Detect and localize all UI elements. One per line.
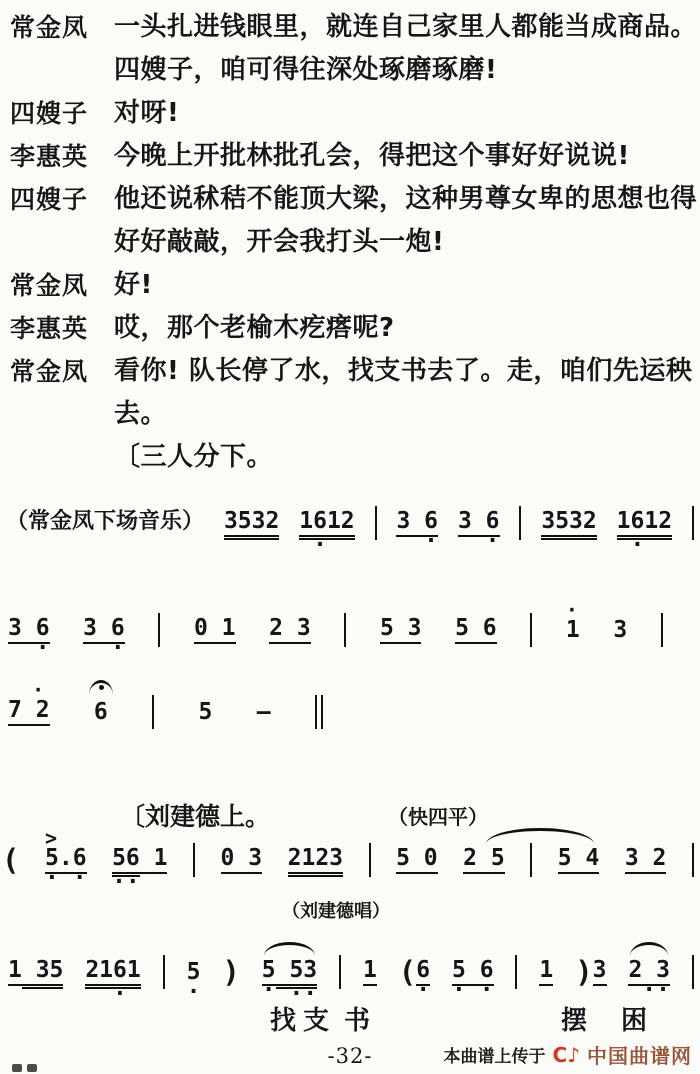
dialogue-text: 〔三人分下。: [114, 436, 694, 479]
marks-above: ·: [566, 605, 580, 616]
barline: [158, 613, 160, 647]
note-group: 3 6 ·: [83, 615, 125, 644]
notes: 3 6 ·: [83, 615, 125, 644]
dialogue-line: 看你! 队长停了水，找支书去了。走，咱们先运秧: [114, 350, 694, 393]
notes: 5 6· ·: [452, 957, 494, 986]
barline: [344, 613, 346, 647]
note-group: 3532: [541, 508, 596, 537]
dialogue-line: 一头扎进钱眼里，就连自己家里人都能当成商品。: [114, 6, 697, 49]
octave-dots-below: ··: [628, 985, 670, 995]
notes: 2 5: [463, 845, 505, 874]
note-digits: 35: [22, 957, 64, 984]
barline: [530, 613, 532, 647]
octave-dots-below: ·: [85, 989, 140, 999]
note-group: 2161 ·: [85, 957, 140, 986]
slur-arc: [264, 942, 315, 956]
dialogue-text: 看你! 队长停了水，找支书去了。走，咱们先运秧去。: [114, 350, 694, 436]
dialogue-row: 常金凤一头扎进钱眼里，就连自己家里人都能当成商品。四嫂子，咱可得往深处琢磨琢磨!: [10, 6, 694, 92]
barline: [152, 695, 154, 729]
note-digits: 3: [613, 617, 627, 644]
note-digits: 3 2: [625, 845, 667, 872]
note-group: 5: [199, 699, 213, 726]
dialogue-line: 〔三人分下。: [114, 436, 694, 479]
notes: 3 6 ·: [396, 508, 438, 537]
dialogue-line: 他还说秫秸不能顶大梁，这种男尊女卑的思想也得: [114, 178, 697, 221]
speaker-name: 四嫂子: [10, 92, 114, 135]
barline: [530, 843, 532, 877]
note-digits: (: [2, 847, 19, 874]
note-digits: (: [399, 959, 416, 986]
stage-direction-row: 〔三人分下。: [10, 436, 694, 479]
note-group: —: [257, 699, 271, 726]
notes: 3 6 ·: [8, 615, 50, 644]
notes: 1: [539, 957, 553, 986]
notes: 1: [8, 957, 22, 986]
note-group: 3 2: [625, 845, 667, 874]
notes: 2161 ·: [85, 957, 140, 986]
dialogue-text: 哎，那个老榆木疙瘩呢?: [114, 307, 694, 350]
music-line-1: （常金凤下场音乐）35321612 · 3 6 ·3 6 ·35321612 ·: [6, 503, 694, 537]
dialogue-row: 常金凤看你! 队长停了水，找支书去了。走，咱们先运秧去。: [10, 350, 694, 436]
music-line-3: 7 2 ·65—: [8, 692, 323, 726]
music-label: （常金凤下场音乐）: [6, 507, 204, 537]
dialogue-text: 他还说秫秸不能顶大梁，这种男尊女卑的思想也得好好敲敲，开会我打头一炮!: [114, 178, 697, 264]
notes: 0 1: [194, 615, 236, 644]
note-digits: 3532: [541, 508, 596, 535]
speaker-name: 常金凤: [10, 264, 114, 307]
note-digits: 2161: [85, 957, 140, 984]
dialogue-row: 李惠英哎，那个老榆木疙瘩呢?: [10, 307, 694, 350]
notes: 1·: [566, 617, 580, 644]
notes: 1: [140, 845, 168, 874]
speaker-name: 常金凤: [10, 350, 114, 393]
marks-above: ·: [8, 685, 50, 696]
octave-dots-below: ··: [112, 877, 140, 887]
note-digits: 5 4: [558, 845, 600, 872]
note-digits: 1: [140, 845, 168, 872]
note-digits: —: [257, 699, 271, 726]
note-group: 2 3 ··: [628, 957, 670, 986]
barline: [519, 506, 521, 540]
qupu-logo-icon: C♪: [553, 1045, 580, 1065]
note-group: 56·· 1: [112, 845, 167, 874]
dialogue-text: 对呀!: [114, 92, 694, 135]
barline: [369, 843, 371, 877]
stage-direction-enter-liu: 〔刘建德上。: [120, 797, 270, 833]
barline: [692, 843, 694, 877]
notes: 53 ··: [276, 957, 318, 986]
octave-dots-below: ·: [416, 985, 430, 995]
octave-dots-below: ·: [262, 985, 276, 995]
notes: 1: [363, 957, 377, 986]
note-digits: 3532: [224, 508, 279, 535]
barline: [692, 955, 694, 989]
note-group: 0 3: [221, 845, 263, 874]
notes: 6·: [416, 957, 430, 986]
note-group: 5.6· ·>: [45, 845, 87, 874]
notes: 5·: [262, 957, 276, 986]
octave-dots-below: ·: [299, 540, 354, 550]
note-group: ): [222, 959, 239, 986]
dialogue-row: 常金凤好!: [10, 264, 694, 307]
parenthesis: ): [575, 959, 592, 986]
notes: 56··: [112, 845, 140, 874]
bar-stroke: [321, 695, 323, 729]
notes: 5 6: [455, 615, 497, 644]
dialogue-section: 常金凤一头扎进钱眼里，就连自己家里人都能当成商品。四嫂子，咱可得往深处琢磨琢磨!…: [10, 6, 694, 479]
note-digits: 53: [276, 957, 318, 984]
notes: 3 2: [625, 845, 667, 874]
dialogue-row: 李惠英今晚上开批林批孔会，得把这个事好好说说!: [10, 135, 694, 178]
dialogue-line: 今晚上开批林批孔会，得把这个事好好说说!: [114, 135, 694, 178]
dialogue-row: 四嫂子对呀!: [10, 92, 694, 135]
speaker-name: 四嫂子: [10, 178, 114, 221]
parenthesis: ): [222, 959, 239, 986]
note-digits: 2 3: [269, 615, 311, 642]
note-group: 7 2 ·: [8, 697, 50, 726]
dialogue-line: 四嫂子，咱可得往深处琢磨琢磨!: [114, 49, 697, 92]
dialogue-line: 好!: [114, 264, 694, 307]
parenthesis: (: [399, 959, 416, 986]
note-digits: 2 5: [463, 845, 505, 872]
octave-dots-below: ·: [187, 987, 201, 997]
notes: 7 2 ·: [8, 697, 50, 726]
note-group: 0 1: [194, 615, 236, 644]
lyric-word: 困: [621, 1000, 654, 1037]
notes: 2123: [288, 845, 343, 874]
notes: 3: [593, 957, 607, 986]
octave-dots-below: · ·: [45, 873, 87, 883]
notes: 0 3: [221, 845, 263, 874]
note-group: 1612 ·: [299, 508, 354, 537]
notes: 3532: [541, 508, 596, 537]
music-line-4: (5.6· ·> 56·· 10 321235 02 55 43 2: [2, 840, 694, 874]
sheet-music-page: 常金凤一头扎进钱眼里，就连自己家里人都能当成商品。四嫂子，咱可得往深处琢磨琢磨!…: [0, 0, 700, 1074]
note-digits: 56: [112, 845, 140, 872]
notes: —: [257, 699, 271, 726]
notes: 2 3 ··: [628, 957, 670, 986]
barline: [375, 506, 377, 540]
bar-stroke: [315, 695, 317, 729]
dialogue-line: 好好敲敲，开会我打头一炮!: [114, 221, 697, 264]
barline: [661, 613, 663, 647]
tie-arc: [486, 828, 594, 844]
note-group: (: [2, 847, 19, 874]
notes: 2 3: [269, 615, 311, 644]
note-digits: 0 1: [194, 615, 236, 642]
barline: [692, 506, 694, 540]
note-group: 3 6 ·: [8, 615, 50, 644]
dialogue-line: 对呀!: [114, 92, 694, 135]
note-digits: 1612: [617, 508, 672, 535]
tune-name-label: （快四平）: [388, 801, 488, 830]
speaker-name: 常金凤: [10, 6, 114, 49]
octave-dots-below: ·: [617, 540, 672, 550]
note-digits: 1: [8, 957, 22, 984]
dialogue-line: 去。: [114, 393, 694, 436]
notes: 5 0: [396, 845, 438, 874]
note-group: 1·: [566, 617, 580, 644]
note-group: 1: [363, 957, 377, 986]
note-group: 1: [539, 957, 553, 986]
note-group: 2 5: [463, 845, 505, 874]
note-digits: 0 3: [221, 845, 263, 872]
scan-artifact: [12, 1064, 37, 1072]
dialogue-text: 今晚上开批林批孔会，得把这个事好好说说!: [114, 135, 694, 178]
notes: 3532: [224, 508, 279, 537]
note-digits: 5 3: [380, 615, 422, 642]
music-line-2: 3 6 ·3 6 ·0 12 35 35 61·3: [8, 610, 663, 644]
notes: 1612 ·: [617, 508, 672, 537]
marks-above: >: [45, 833, 87, 844]
note-group: 1612 ·: [617, 508, 672, 537]
note-digits: ): [222, 959, 239, 986]
octave-dots-below: ·: [396, 536, 438, 546]
music-line-5: 1 352161 · 5·)5· 53 ··1(6·5 6· ·1)32 3 ·…: [8, 952, 694, 986]
speaker-name: 李惠英: [10, 307, 114, 350]
barline: [163, 955, 165, 989]
note-group: 5 4: [558, 845, 600, 874]
barline: [193, 843, 195, 877]
note-group: 3532: [224, 508, 279, 537]
speaker-name: 李惠英: [10, 135, 114, 178]
watermark-site-name: 中国曲谱网: [587, 1040, 692, 1069]
notes: 3: [613, 617, 627, 644]
note-digits: 3: [593, 957, 607, 984]
note-group: 5 0: [396, 845, 438, 874]
notes: 35: [22, 957, 64, 986]
note-group: 1 35: [8, 957, 63, 986]
watermark: 本曲谱上传于 C♪ 中国曲谱网: [444, 1040, 692, 1069]
lyric-word: 找支: [270, 1000, 336, 1037]
note-digits: 5: [199, 699, 213, 726]
barline: [515, 955, 517, 989]
note-group: 5 6· ·: [452, 957, 494, 986]
dialogue-line: 哎，那个老榆木疙瘩呢?: [114, 307, 694, 350]
note-group: (6·: [399, 957, 430, 986]
note-digits: 2123: [288, 845, 343, 872]
notes: 5: [199, 699, 213, 726]
note-group: 2123: [288, 845, 343, 874]
notes: 5·: [187, 959, 201, 986]
note-digits: 1: [539, 957, 553, 984]
note-digits: 5 6: [455, 615, 497, 642]
lyric-word: 摆: [561, 1000, 594, 1037]
note-group: 3 6 ·: [458, 508, 500, 537]
note-group: )3: [575, 957, 606, 986]
dialogue-row: 四嫂子他还说秫秸不能顶大梁，这种男尊女卑的思想也得好好敲敲，开会我打头一炮!: [10, 178, 694, 264]
note-digits: 1: [363, 957, 377, 984]
dialogue-text: 一头扎进钱眼里，就连自己家里人都能当成商品。四嫂子，咱可得往深处琢磨琢磨!: [114, 6, 697, 92]
octave-dots-below: · ·: [452, 985, 494, 995]
notes: 5.6· ·>: [45, 845, 87, 874]
watermark-text: 本曲谱上传于: [444, 1042, 546, 1067]
note-group: 6: [94, 699, 108, 726]
note-digits: 5 0: [396, 845, 438, 872]
note-group: 5 3: [380, 615, 422, 644]
octave-dots-below: ·: [8, 643, 50, 653]
notes: 6: [94, 699, 108, 726]
notes: 5 4: [558, 845, 600, 874]
fermata-icon: [89, 680, 113, 695]
dialogue-text: 好!: [114, 264, 694, 307]
parenthesis: (: [2, 847, 19, 874]
notes: 3 6 ·: [458, 508, 500, 537]
octave-dots-below: ·: [83, 643, 125, 653]
note-group: 5 6: [455, 615, 497, 644]
note-group: 2 3: [269, 615, 311, 644]
barline: [339, 955, 341, 989]
notes: 5 3: [380, 615, 422, 644]
note-group: 5·: [187, 959, 201, 986]
note-digits: 1612: [299, 508, 354, 535]
note-group: 5· 53 ··: [262, 957, 317, 986]
note-group: 3 6 ·: [396, 508, 438, 537]
slur-arc: [630, 942, 668, 956]
note-digits: 6: [94, 699, 108, 726]
notes: 1612 ·: [299, 508, 354, 537]
double-barline: [315, 695, 323, 729]
octave-dots-below: ··: [276, 989, 318, 999]
note-group: 3: [613, 617, 627, 644]
lyric-word: 书: [344, 1000, 377, 1037]
singer-label: （刘建德唱）: [282, 897, 390, 923]
octave-dots-below: ·: [458, 536, 500, 546]
note-digits: ): [575, 959, 592, 986]
